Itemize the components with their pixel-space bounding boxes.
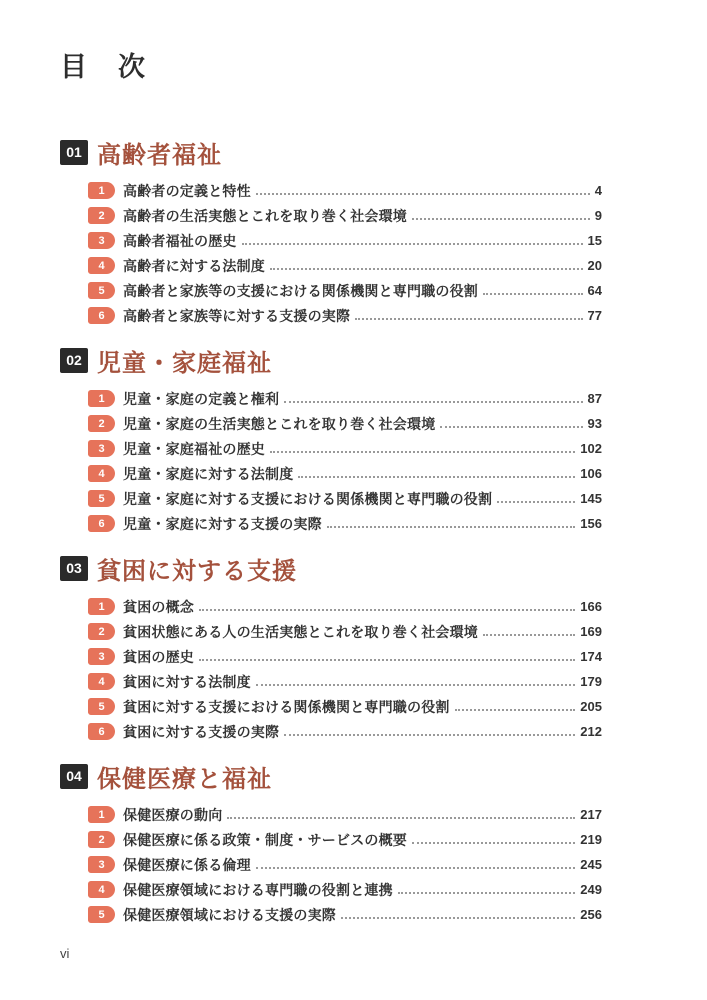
dotted-leader (412, 842, 575, 844)
page-number: 4 (595, 183, 602, 198)
item-number-badge: 5 (88, 282, 115, 299)
page-number: 156 (580, 516, 602, 531)
toc-entry: 4 高齢者に対する法制度 20 (88, 253, 602, 278)
dotted-leader (284, 734, 575, 736)
dotted-leader (256, 684, 575, 686)
page-number: 219 (580, 832, 602, 847)
toc-entry-title: 貧困に対する支援における関係機関と専門職の役割 (123, 697, 450, 717)
dotted-leader (284, 401, 582, 403)
item-number-badge: 5 (88, 698, 115, 715)
dotted-leader (256, 193, 590, 195)
item-number-badge: 4 (88, 465, 115, 482)
toc-entry: 2 高齢者の生活実態とこれを取り巻く社会環境 9 (88, 203, 602, 228)
dotted-leader (256, 867, 575, 869)
page-number: 166 (580, 599, 602, 614)
section-number-badge: 02 (60, 348, 88, 373)
toc-entry: 3 貧困の歴史 174 (88, 644, 602, 669)
page-number: 245 (580, 857, 602, 872)
dotted-leader (497, 501, 575, 503)
toc-entry-title: 高齢者に対する法制度 (123, 256, 265, 276)
item-number-badge: 4 (88, 673, 115, 690)
toc-entry: 4 児童・家庭に対する法制度 106 (88, 461, 602, 486)
page-number: 205 (580, 699, 602, 714)
page-number: 20 (588, 258, 602, 273)
item-number-badge: 4 (88, 881, 115, 898)
toc-entry-title: 児童・家庭の生活実態とこれを取り巻く社会環境 (123, 414, 435, 434)
page-number: 87 (588, 391, 602, 406)
section-03: 03 貧困に対する支援 1 貧困の概念 166 2 貧困状態にある人の生活実態と… (60, 554, 707, 744)
section-number-badge: 04 (60, 764, 88, 789)
item-number-badge: 3 (88, 232, 115, 249)
item-number-badge: 4 (88, 257, 115, 274)
page-number: 212 (580, 724, 602, 739)
toc-entry: 5 保健医療領域における支援の実際 256 (88, 902, 602, 927)
item-number-badge: 6 (88, 307, 115, 324)
dotted-leader (412, 218, 590, 220)
toc-entry-title: 保健医療領域における専門職の役割と連携 (123, 880, 393, 900)
section-title: 児童・家庭福祉 (97, 343, 272, 378)
item-number-badge: 3 (88, 440, 115, 457)
section-header: 03 貧困に対する支援 (60, 554, 707, 582)
toc-entry: 3 児童・家庭福祉の歴史 102 (88, 436, 602, 461)
item-number-badge: 1 (88, 182, 115, 199)
toc-page: 目 次 01 高齢者福祉 1 高齢者の定義と特性 4 2 高齢者の生活実態とこれ… (0, 0, 707, 1000)
page-number: 9 (595, 208, 602, 223)
item-number-badge: 5 (88, 906, 115, 923)
dotted-leader (483, 293, 583, 295)
section-header: 04 保健医療と福祉 (60, 762, 707, 790)
toc-entry: 2 児童・家庭の生活実態とこれを取り巻く社会環境 93 (88, 411, 602, 436)
toc-entry-title: 高齢者の生活実態とこれを取り巻く社会環境 (123, 206, 407, 226)
toc-entry: 3 保健医療に係る倫理 245 (88, 852, 602, 877)
section-title: 高齢者福祉 (97, 135, 222, 170)
section-02: 02 児童・家庭福祉 1 児童・家庭の定義と権利 87 2 児童・家庭の生活実態… (60, 346, 707, 536)
dotted-leader (270, 451, 575, 453)
toc-entry-title: 貧困状態にある人の生活実態とこれを取り巻く社会環境 (123, 622, 478, 642)
item-number-badge: 5 (88, 490, 115, 507)
toc-entry: 6 貧困に対する支援の実際 212 (88, 719, 602, 744)
item-number-badge: 2 (88, 207, 115, 224)
section-01: 01 高齢者福祉 1 高齢者の定義と特性 4 2 高齢者の生活実態とこれを取り巻… (60, 138, 707, 328)
section-title: 保健医療と福祉 (97, 759, 272, 794)
toc-entry-title: 保健医療の動向 (123, 805, 222, 825)
dotted-leader (199, 659, 575, 661)
toc-entry: 5 高齢者と家族等の支援における関係機関と専門職の役割 64 (88, 278, 602, 303)
page-number: 174 (580, 649, 602, 664)
folio-page-number: vi (60, 946, 69, 961)
item-number-badge: 2 (88, 623, 115, 640)
toc-entry: 6 児童・家庭に対する支援の実際 156 (88, 511, 602, 536)
section-number-badge: 01 (60, 140, 88, 165)
toc-entry-title: 児童・家庭に対する法制度 (123, 464, 293, 484)
page-number: 102 (580, 441, 602, 456)
toc-entry-title: 保健医療領域における支援の実際 (123, 905, 336, 925)
toc-entry-title: 保健医療に係る倫理 (123, 855, 251, 875)
page-number: 106 (580, 466, 602, 481)
toc-entry: 5 貧困に対する支援における関係機関と専門職の役割 205 (88, 694, 602, 719)
toc-entry-title: 保健医療に係る政策・制度・サービスの概要 (123, 830, 407, 850)
toc-entry-title: 児童・家庭に対する支援の実際 (123, 514, 322, 534)
dotted-leader (483, 634, 575, 636)
dotted-leader (341, 917, 575, 919)
section-number-badge: 03 (60, 556, 88, 581)
toc-entry-title: 児童・家庭の定義と権利 (123, 389, 279, 409)
item-number-badge: 3 (88, 648, 115, 665)
toc-entry-title: 貧困の歴史 (123, 647, 194, 667)
toc-entry-title: 児童・家庭福祉の歴史 (123, 439, 265, 459)
toc-entry: 4 貧困に対する法制度 179 (88, 669, 602, 694)
item-number-badge: 3 (88, 856, 115, 873)
toc-entry: 1 保健医療の動向 217 (88, 802, 602, 827)
item-number-badge: 2 (88, 831, 115, 848)
toc-entry-title: 児童・家庭に対する支援における関係機関と専門職の役割 (123, 489, 492, 509)
page-number: 77 (588, 308, 602, 323)
dotted-leader (455, 709, 576, 711)
toc-entry: 1 高齢者の定義と特性 4 (88, 178, 602, 203)
section-04: 04 保健医療と福祉 1 保健医療の動向 217 2 保健医療に係る政策・制度・… (60, 762, 707, 927)
toc-entry: 5 児童・家庭に対する支援における関係機関と専門職の役割 145 (88, 486, 602, 511)
page-number: 145 (580, 491, 602, 506)
toc-entry-title: 貧困の概念 (123, 597, 194, 617)
dotted-leader (227, 817, 575, 819)
toc-entry: 1 児童・家庭の定義と権利 87 (88, 386, 602, 411)
page-number: 256 (580, 907, 602, 922)
dotted-leader (199, 609, 575, 611)
dotted-leader (355, 318, 582, 320)
toc-entry-title: 高齢者と家族等の支援における関係機関と専門職の役割 (123, 281, 478, 301)
item-number-badge: 1 (88, 806, 115, 823)
toc-entry-title: 貧困に対する法制度 (123, 672, 251, 692)
dotted-leader (242, 243, 583, 245)
toc-entry-title: 高齢者福祉の歴史 (123, 231, 237, 251)
page-number: 249 (580, 882, 602, 897)
item-number-badge: 1 (88, 390, 115, 407)
toc-entry: 1 貧困の概念 166 (88, 594, 602, 619)
toc-entry: 2 貧困状態にある人の生活実態とこれを取り巻く社会環境 169 (88, 619, 602, 644)
section-title: 貧困に対する支援 (97, 551, 297, 586)
toc-entry: 4 保健医療領域における専門職の役割と連携 249 (88, 877, 602, 902)
toc-entry: 6 高齢者と家族等に対する支援の実際 77 (88, 303, 602, 328)
toc-entry: 3 高齢者福祉の歴史 15 (88, 228, 602, 253)
page-number: 93 (588, 416, 602, 431)
toc-entry-title: 貧困に対する支援の実際 (123, 722, 279, 742)
toc-entry-title: 高齢者の定義と特性 (123, 181, 251, 201)
page-number: 15 (588, 233, 602, 248)
item-number-badge: 6 (88, 723, 115, 740)
item-number-badge: 2 (88, 415, 115, 432)
dotted-leader (440, 426, 582, 428)
dotted-leader (398, 892, 575, 894)
dotted-leader (327, 526, 575, 528)
section-header: 02 児童・家庭福祉 (60, 346, 707, 374)
toc-entry-title: 高齢者と家族等に対する支援の実際 (123, 306, 350, 326)
dotted-leader (298, 476, 575, 478)
dotted-leader (270, 268, 583, 270)
page-title: 目 次 (60, 52, 707, 82)
section-header: 01 高齢者福祉 (60, 138, 707, 166)
page-number: 217 (580, 807, 602, 822)
item-number-badge: 6 (88, 515, 115, 532)
item-number-badge: 1 (88, 598, 115, 615)
page-number: 179 (580, 674, 602, 689)
toc-entry: 2 保健医療に係る政策・制度・サービスの概要 219 (88, 827, 602, 852)
page-number: 64 (588, 283, 602, 298)
page-number: 169 (580, 624, 602, 639)
